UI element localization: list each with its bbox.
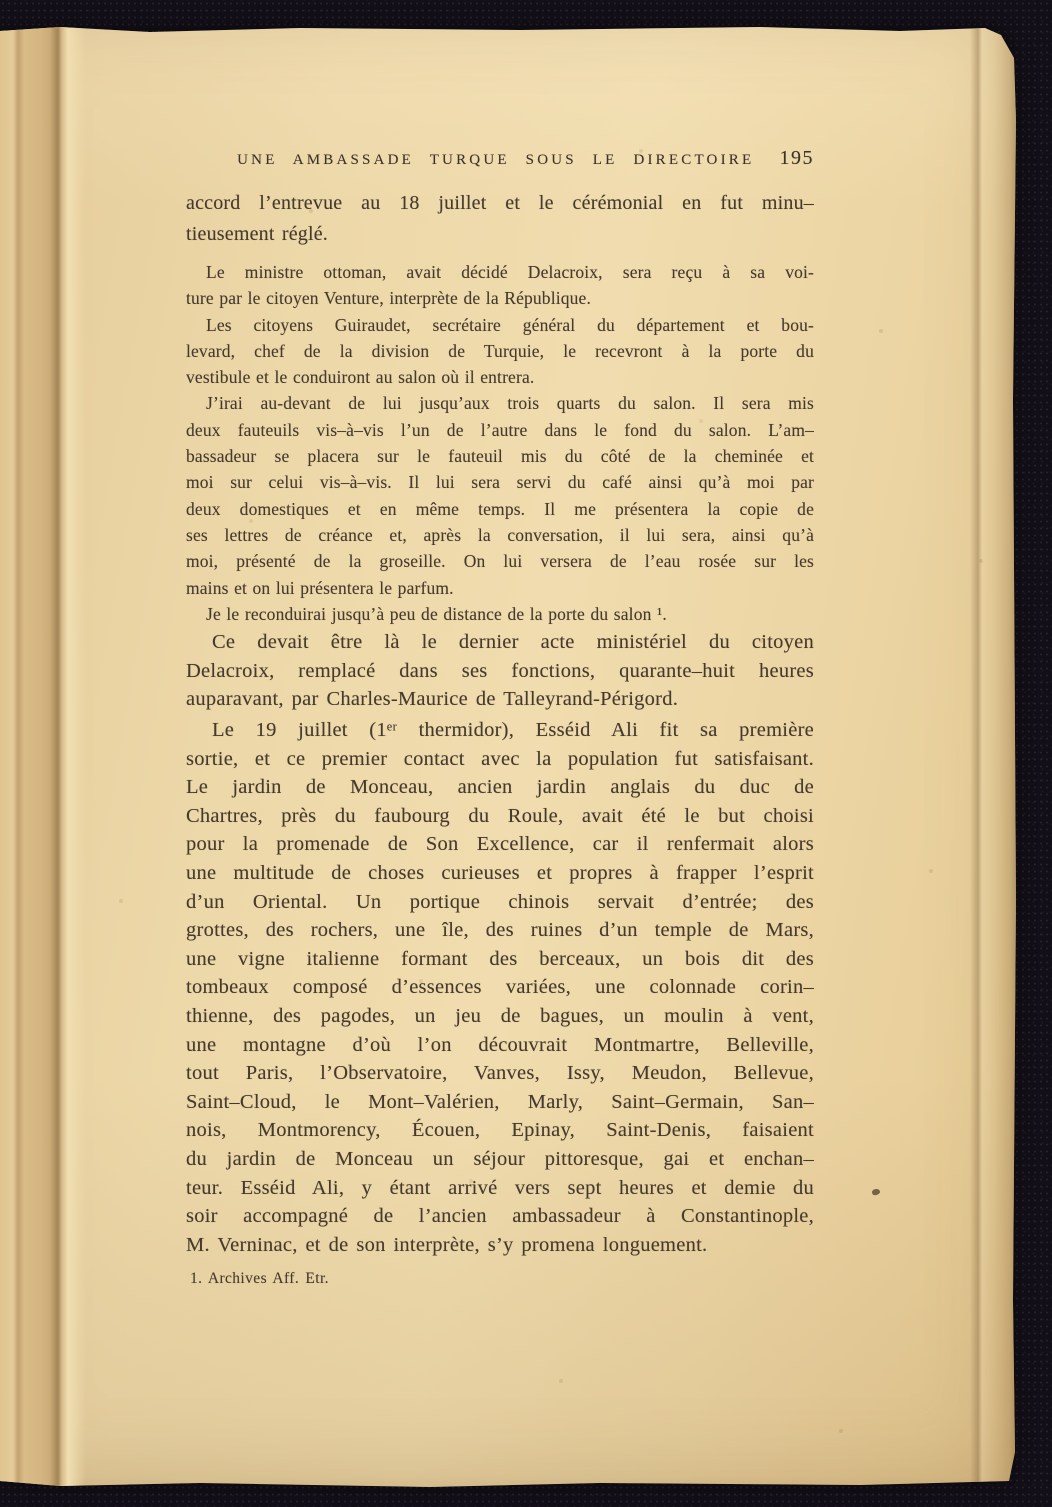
text-line: Le ministre ottoman, avait décidé Delacr… — [186, 259, 814, 285]
scan-background: UNE AMBASSADE TURQUE SOUS LE DIRECTOIRE … — [0, 0, 1052, 1507]
text-line: Chartres, près du faubourg du Roule, ava… — [186, 802, 814, 831]
text-line: d’un Oriental. Un portique chinois serva… — [186, 888, 814, 917]
text-line: vestibule et le conduiront au salon où i… — [186, 364, 814, 390]
text-line: grottes, des rochers, une île, des ruine… — [186, 916, 814, 945]
ink-speck — [871, 1188, 880, 1196]
text-line: une vigne italienne formant des berceaux… — [186, 945, 814, 974]
text-line: Je le reconduirai jusqu’à peu de distanc… — [186, 601, 814, 627]
ceremonial-protocol-quote: Le ministre ottoman, avait décidé Delacr… — [186, 259, 814, 627]
text-line: une montagne d’où l’on découvrait Montma… — [186, 1031, 814, 1060]
text-line: Saint–Cloud, le Mont–Valérien, Marly, Sa… — [186, 1088, 814, 1117]
page-gutter-fold — [0, 0, 86, 1492]
paper-freckles — [0, 0, 2, 2]
text-line: ture par le citoyen Venture, interprète … — [186, 285, 814, 311]
page-content: UNE AMBASSADE TURQUE SOUS LE DIRECTOIRE … — [186, 0, 814, 1492]
text-line: Les citoyens Guiraudet, secrétaire génér… — [186, 312, 814, 338]
text-line: J’irai au-devant de lui jusqu’aux trois … — [186, 390, 814, 416]
text-line: ses lettres de créance et, après la conv… — [186, 522, 814, 548]
text-line: bassadeur se placera sur le fauteuil mis… — [186, 443, 814, 469]
paragraph-opening: accord l’entrevue au 18 juillet et le cé… — [186, 188, 814, 250]
text-line: thienne, des pagodes, un jeu de bagues, … — [186, 1002, 814, 1031]
text-line: Le 19 juillet (1ᵉʳ thermidor), Esséid Al… — [186, 716, 814, 745]
text-line: nois, Montmorency, Écouen, Epinay, Saint… — [186, 1116, 814, 1145]
text-line: moi sur celui vis–à–vis. Il lui sera ser… — [186, 469, 814, 495]
text-line: deux fauteuils vis–à–vis l’un de l’autre… — [186, 417, 814, 443]
text-line: sortie, et ce premier contact avec la po… — [186, 745, 814, 774]
text-line: tout Paris, l’Observatoire, Vanves, Issy… — [186, 1059, 814, 1088]
page-paper: UNE AMBASSADE TURQUE SOUS LE DIRECTOIRE … — [0, 0, 1018, 1492]
text-line: du jardin de Monceau un séjour pittoresq… — [186, 1145, 814, 1174]
page-right-edge-fold — [948, 0, 1018, 1492]
running-head: UNE AMBASSADE TURQUE SOUS LE DIRECTOIRE … — [186, 147, 814, 170]
text-line: mains et on lui présentera le parfum. — [186, 575, 814, 601]
text-line: Ce devait être là le dernier acte minist… — [186, 628, 814, 657]
text-line: tieusement réglé. — [186, 219, 814, 250]
text-line: Delacroix, remplacé dans ses fonctions, … — [186, 657, 814, 686]
paragraph-ministerial: Ce devait être là le dernier acte minist… — [186, 628, 814, 714]
text-line: deux domestiques et en même temps. Il me… — [186, 496, 814, 522]
text-line: pour la promenade de Son Excellence, car… — [186, 830, 814, 859]
text-line: moi, présenté de la groseille. On lui ve… — [186, 548, 814, 574]
book-page: UNE AMBASSADE TURQUE SOUS LE DIRECTOIRE … — [0, 0, 1018, 1492]
text-line: auparavant, par Charles-Maurice de Talle… — [186, 685, 814, 714]
running-title: UNE AMBASSADE TURQUE SOUS LE DIRECTOIRE — [186, 152, 780, 169]
text-line: teur. Esséid Ali, y étant arrivé vers se… — [186, 1174, 814, 1203]
text-line: Le jardin de Monceau, ancien jardin angl… — [186, 773, 814, 802]
text-line: tombeaux composé d’essences variées, une… — [186, 973, 814, 1002]
text-line: levard, chef de la division de Turquie, … — [186, 338, 814, 364]
text-line: accord l’entrevue au 18 juillet et le cé… — [186, 188, 814, 219]
paragraph-promenade: Le 19 juillet (1ᵉʳ thermidor), Esséid Al… — [186, 716, 814, 1259]
page-number: 195 — [780, 147, 815, 170]
text-line: soir accompagné de l’ancien ambassadeur … — [186, 1202, 814, 1231]
text-line: M. Verninac, et de son interprète, s’y p… — [186, 1231, 814, 1260]
footnote: 1. Archives Aff. Etr. — [190, 1270, 329, 1288]
text-line: une multitude de choses curieuses et pro… — [186, 859, 814, 888]
